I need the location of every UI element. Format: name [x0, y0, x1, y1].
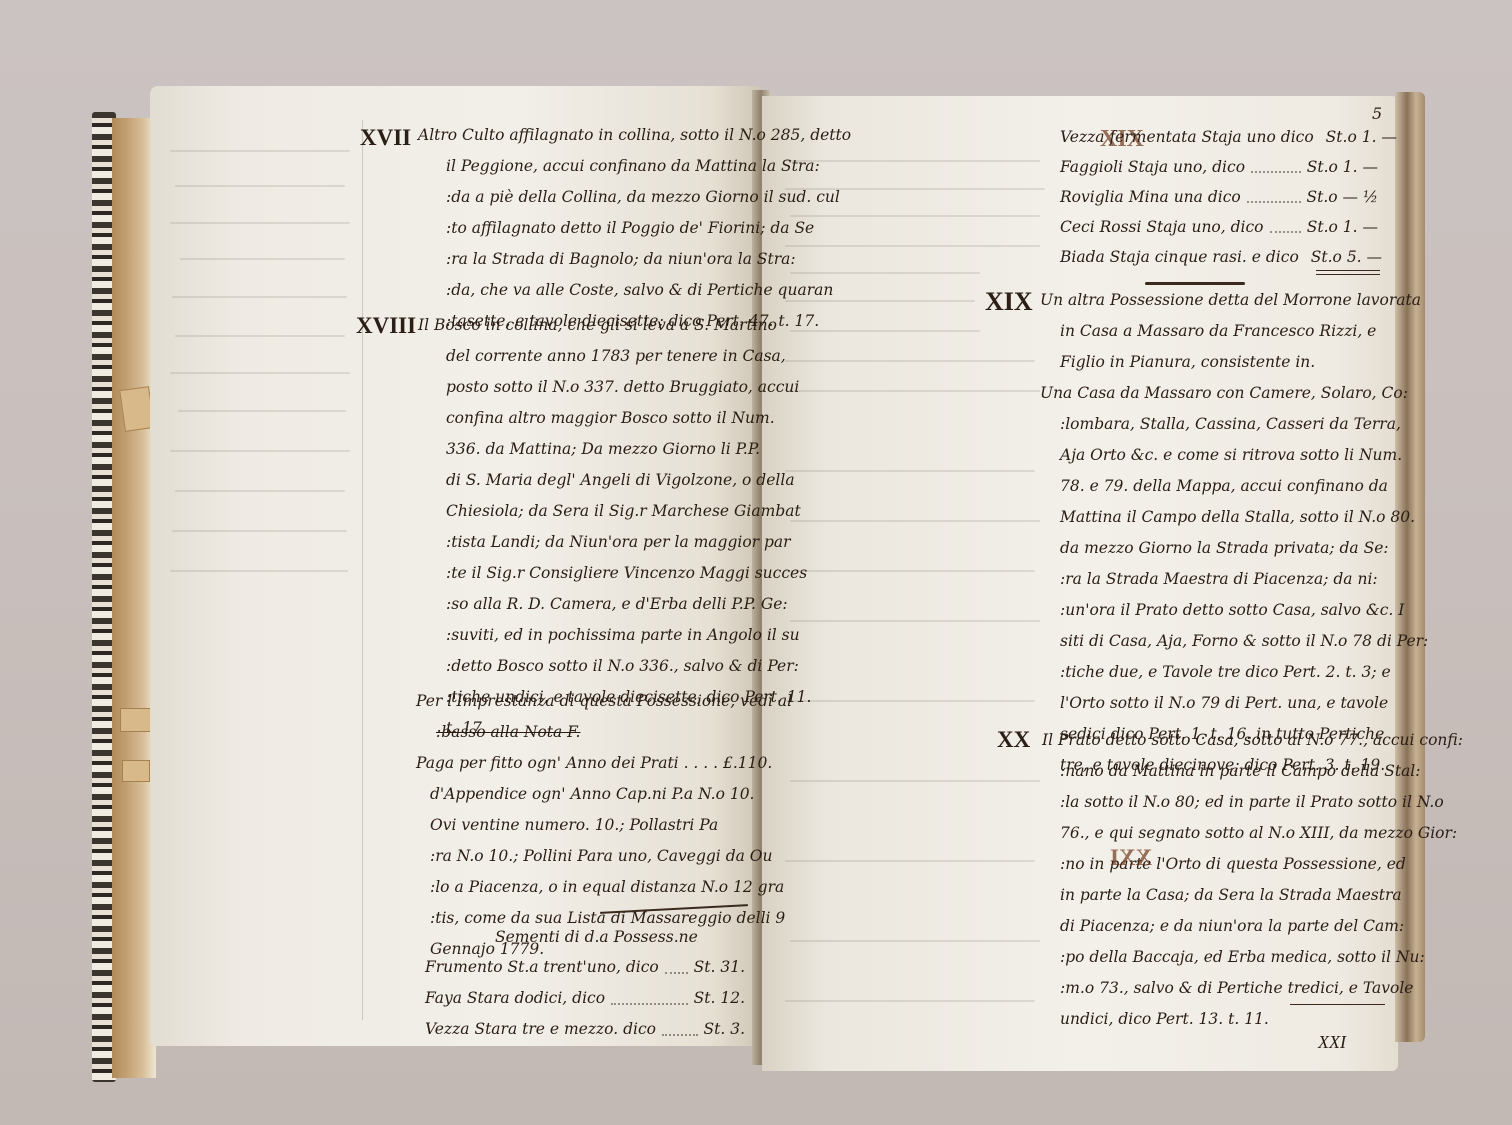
seed-row: Biada Staja cinque rasi. e dicoSt.o 5. —	[1060, 242, 1378, 272]
seed-row: Faggioli Staja uno, dicoSt.o 1. —	[1060, 152, 1378, 182]
section-numeral-xx: XX	[997, 727, 1030, 753]
section-xx-text: Il Prato detto sotto Casa, sotto al N.o …	[1042, 725, 1463, 1035]
total-rule	[1316, 270, 1380, 271]
manuscript-photo: XVII Altro Culto affilagnato in collina,…	[0, 0, 1512, 1125]
paper-tab	[120, 708, 152, 732]
total-rule	[1316, 274, 1380, 275]
page-number: 5	[1372, 104, 1382, 123]
seed-row: Roviglia Mina una dicoSt.o — ½	[1060, 182, 1378, 212]
seeds-list-left: Frumento St.a trent'uno, dicoSt. 31. Fay…	[425, 952, 745, 1045]
seeds-list-right: Vezza fermentata Staja uno dicoSt.o 1. —…	[1060, 122, 1378, 272]
section-numeral-xvii: XVII	[360, 125, 411, 151]
seed-row: Ceci Rossi Staja uno, dicoSt.o 1. —	[1060, 212, 1378, 242]
footer-numeral: XXI	[1318, 1032, 1346, 1053]
seed-row: Vezza fermentata Staja uno dicoSt.o 1. —	[1060, 122, 1378, 152]
seed-row: Faya Stara dodici, dicoSt. 12.	[425, 983, 745, 1014]
seeds-heading: Sementi di d.a Possess.ne	[495, 922, 698, 953]
section-numeral-xviii: XVIII	[356, 313, 416, 339]
section-xix-text: Un altra Possessione detta del Morrone l…	[1040, 285, 1428, 781]
section-numeral-xix: XIX	[985, 287, 1033, 317]
section-xvii-text: Altro Culto affilagnato in collina, sott…	[418, 120, 851, 337]
end-rule	[1290, 1004, 1385, 1005]
seed-row: Vezza Stara tre e mezzo. dicoSt. 3.	[425, 1014, 745, 1045]
margin-rule-left	[362, 120, 363, 1020]
section-xviii-text: Il Bosco in collina, che gli si leva a S…	[418, 310, 811, 744]
seed-row: Frumento St.a trent'uno, dicoSt. 31.	[425, 952, 745, 983]
stamped-numeral-reversed: XXI	[1110, 845, 1152, 871]
paper-tab	[122, 760, 150, 782]
